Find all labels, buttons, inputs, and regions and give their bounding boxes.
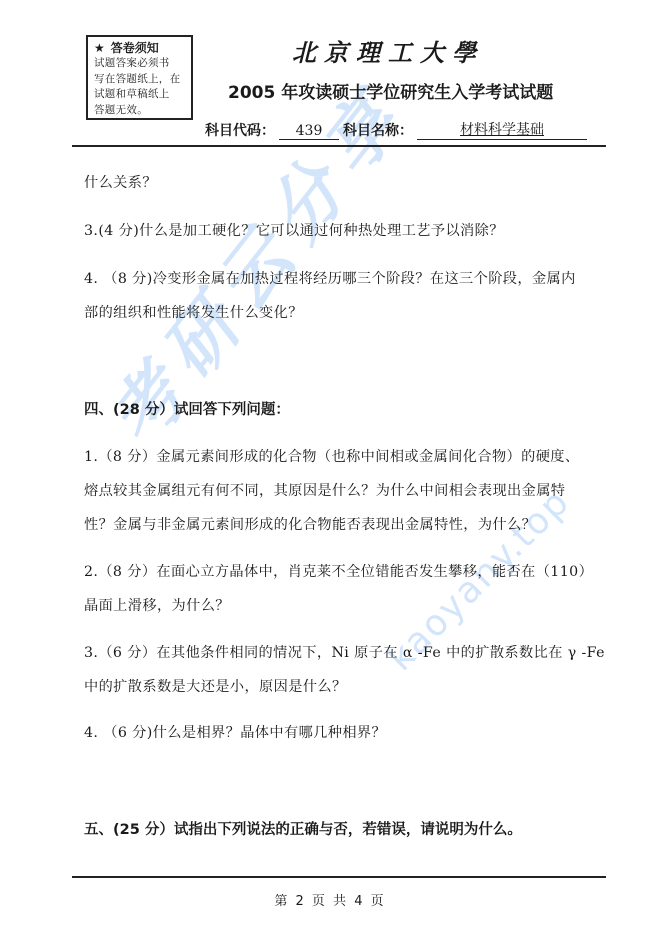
section-5-title: 五、(25 分）试指出下列说法的正确与否，若错误，请说明为什么。 xyxy=(84,818,522,839)
subject-code-label: 科目代码： xyxy=(205,120,275,140)
s4-q4-line-1: 4. （6 分)什么是相界？晶体中有哪几种相界？ xyxy=(84,722,386,742)
notice-title: ★答卷须知 xyxy=(94,40,186,56)
question-3-prev: 3.(4 分)什么是加工硬化？它可以通过何种热处理工艺予以消除？ xyxy=(84,220,504,240)
answer-notice-box: ★答卷须知 试题答案必须书 写在答题纸上，在 试题和草稿纸上 答题无效。 xyxy=(86,35,193,120)
university-name: 北京理工大學 xyxy=(292,33,492,68)
notice-line: 试题和草稿纸上 xyxy=(94,87,186,103)
s4-q2-line-2: 晶面上滑移，为什么？ xyxy=(84,595,230,615)
question-4-prev-line-1: 4. （8 分)冷变形金属在加热过程将经历哪三个阶段？在这三个阶段，金属内 xyxy=(84,268,576,288)
subject-name-label: 科目名称： xyxy=(343,120,413,140)
page-indicator: 第 2 页 共 4 页 xyxy=(0,890,660,909)
header-divider xyxy=(72,145,606,147)
section-4-title: 四、(28 分）试回答下列问题： xyxy=(84,398,290,419)
s4-q1-line-2: 熔点较其金属组元有何不同，其原因是什么？为什么中间相会表现出金属特 xyxy=(84,480,565,500)
question-4-prev-line-2: 部的组织和性能将发生什么变化？ xyxy=(84,302,303,322)
subject-code: 439 xyxy=(279,123,339,140)
notice-line: 写在答题纸上，在 xyxy=(94,72,186,88)
subject-name: 材料科学基础 xyxy=(417,119,587,140)
notice-title-text: 答卷须知 xyxy=(111,41,159,55)
s4-q2-line-1: 2.（8 分）在面心立方晶体中，肖克莱不全位错能否发生攀移，能否在（110） xyxy=(84,561,593,581)
subject-row: 科目代码： 439 科目名称： 材料科学基础 xyxy=(205,118,605,140)
notice-line: 答题无效。 xyxy=(94,103,186,119)
s4-q3-line-2: 中的扩散系数是大还是小，原因是什么？ xyxy=(84,676,347,696)
s4-q3-line-1: 3.（6 分）在其他条件相同的情况下，Ni 原子在 α -Fe 中的扩散系数比在… xyxy=(84,642,605,662)
s4-q1-line-1: 1.（8 分）金属元素间形成的化合物（也称中间相或金属间化合物）的硬度、 xyxy=(84,446,579,466)
s4-q1-line-3: 性？金属与非金属元素间形成的化合物能否表现出金属特性，为什么？ xyxy=(84,514,536,534)
footer-divider xyxy=(72,876,606,878)
exam-page: 考研云分享 kaoyany.top ★答卷须知 试题答案必须书 写在答题纸上，在… xyxy=(0,0,660,933)
notice-body: 试题答案必须书 写在答题纸上，在 试题和草稿纸上 答题无效。 xyxy=(94,56,186,118)
star-icon: ★ xyxy=(94,41,105,55)
exam-title: 2005 年攻读硕士学位研究生入学考试试题 xyxy=(228,78,553,103)
continued-text: 什么关系？ xyxy=(84,172,157,192)
notice-line: 试题答案必须书 xyxy=(94,56,186,72)
